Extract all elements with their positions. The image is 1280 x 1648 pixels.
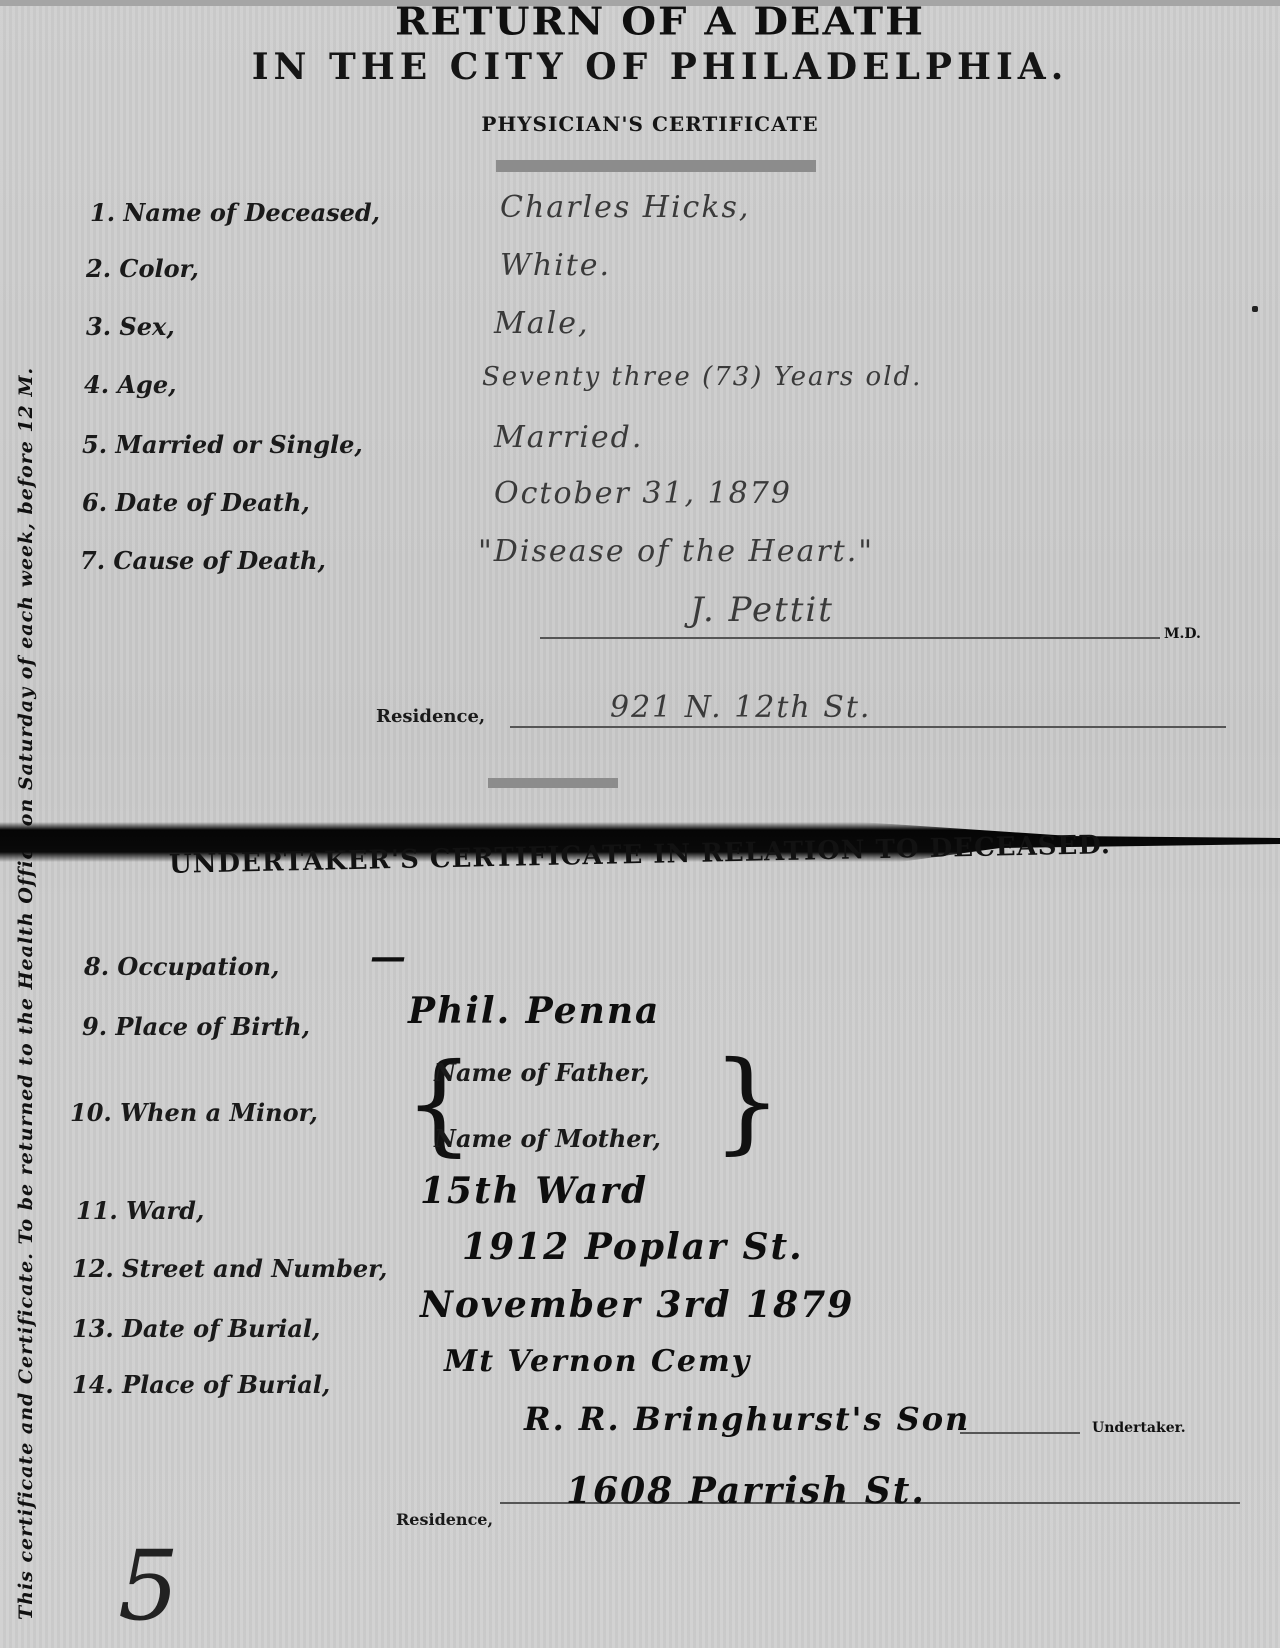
undertaker-suffix: Undertaker. — [1092, 1420, 1186, 1436]
document-page: This certificate and Certificate. To be … — [0, 0, 1280, 1648]
undertaker-residence-label: Residence, — [396, 1510, 493, 1529]
title-physician-certificate: PHYSICIAN'S CERTIFICATE — [440, 112, 860, 136]
field-label-date-of-death: 6. Date of Death, — [82, 488, 310, 517]
field-label-color: 2. Color, — [86, 254, 199, 283]
field-value-age: Seventy three (73) Years old. — [482, 362, 922, 392]
divider-bar-lower — [488, 778, 618, 788]
md-suffix: M.D. — [1164, 626, 1201, 642]
field-label-occupation: 8. Occupation, — [84, 952, 279, 981]
physician-signature: J. Pettit — [690, 590, 834, 630]
field-label-place-of-burial: 14. Place of Burial, — [72, 1370, 330, 1399]
undertaker-line — [960, 1432, 1080, 1434]
field-label-place-of-birth: 9. Place of Birth, — [82, 1012, 310, 1041]
signature-line — [540, 637, 1160, 639]
field-value-place-of-burial: Mt Vernon Cemy — [444, 1344, 751, 1379]
field-value-cause-of-death: "Disease of the Heart." — [478, 534, 874, 569]
field-label-age: 4. Age, — [84, 370, 176, 399]
minor-father-label: Name of Father, — [434, 1058, 650, 1087]
ink-speck — [1252, 306, 1258, 312]
field-value-married: Married. — [494, 420, 643, 455]
field-value-ward: 15th Ward — [420, 1170, 648, 1212]
field-value-sex: Male, — [494, 306, 590, 341]
title-city: IN THE CITY OF PHILADELPHIA. — [140, 46, 1180, 88]
field-value-name: Charles Hicks, — [500, 190, 750, 225]
field-label-name: 1. Name of Deceased, — [90, 198, 380, 227]
physician-residence-value: 921 N. 12th St. — [610, 690, 871, 725]
field-label-street: 12. Street and Number, — [72, 1254, 387, 1283]
divider-bar — [496, 160, 816, 172]
field-value-place-of-birth: Phil. Penna — [408, 990, 660, 1032]
field-label-date-of-burial: 13. Date of Burial, — [72, 1314, 320, 1343]
minor-mother-label: Name of Mother, — [434, 1124, 661, 1153]
residence-line — [510, 726, 1226, 728]
field-value-occupation: — — [370, 936, 408, 978]
field-label-cause-of-death: 7. Cause of Death, — [80, 546, 326, 575]
field-label-sex: 3. Sex, — [86, 312, 175, 341]
margin-note-text: This certificate and Certificate. To be … — [6, 0, 46, 1620]
field-label-when-minor: 10. When a Minor, — [70, 1098, 318, 1127]
page-number-mark: 5 — [118, 1530, 179, 1642]
field-value-street: 1912 Poplar St. — [462, 1226, 804, 1268]
field-value-color: White. — [500, 248, 611, 283]
physician-residence-label: Residence, — [376, 706, 485, 727]
field-label-ward: 11. Ward, — [76, 1196, 204, 1225]
title-return-of-death: RETURN OF A DEATH — [340, 0, 980, 44]
field-value-date-of-death: October 31, 1879 — [494, 476, 792, 511]
field-label-married: 5. Married or Single, — [82, 430, 363, 459]
undertaker-residence-value: 1608 Parrish St. — [566, 1470, 926, 1512]
right-brace: } — [712, 1046, 782, 1156]
undertaker-signature: R. R. Bringhurst's Son — [524, 1400, 970, 1438]
field-value-date-of-burial: November 3rd 1879 — [420, 1284, 854, 1326]
